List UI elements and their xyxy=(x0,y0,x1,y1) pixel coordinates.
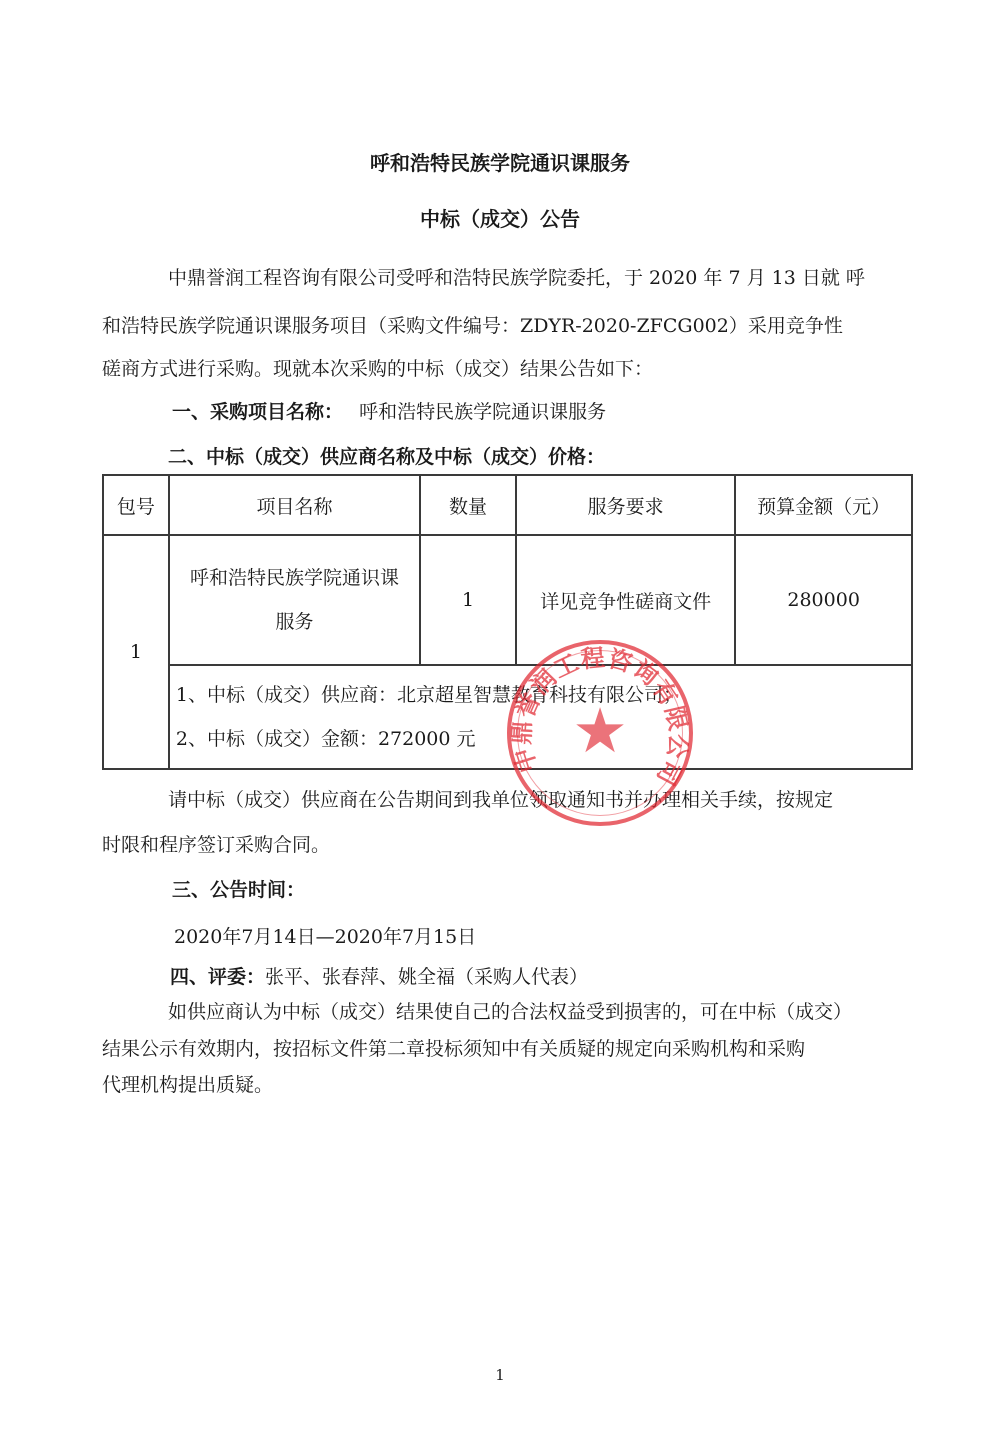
header-service-requirement: 服务要求 xyxy=(516,475,735,535)
award-table: 包号 项目名称 数量 服务要求 预算金额（元） 1 呼和浩特民族学院通识课 服务… xyxy=(102,474,913,770)
project-name-line-2: 服务 xyxy=(170,600,419,644)
header-budget: 预算金额（元） xyxy=(735,475,912,535)
section-4: 四、评委：张平、张春萍、姚全福（采购人代表） xyxy=(170,965,588,989)
document-title: 呼和浩特民族学院通识课服务 xyxy=(0,151,1000,175)
winner-supplier: 1、中标（成交）供应商：北京超星智慧教育科技有限公司； xyxy=(176,673,911,717)
header-quantity: 数量 xyxy=(420,475,516,535)
objection-line-2: 结果公示有效期内，按招标文件第二章投标须知中有关质疑的规定向采购机构和采购 xyxy=(102,1037,805,1061)
section-3-value: 2020年7月14日—2020年7月15日 xyxy=(174,925,476,949)
cell-package-no: 1 xyxy=(103,535,169,769)
header-package-no: 包号 xyxy=(103,475,169,535)
intro-line-2: 和浩特民族学院通识课服务项目（采购文件编号：ZDYR-2020-ZFCG002）… xyxy=(102,314,843,338)
table-header-row: 包号 项目名称 数量 服务要求 预算金额（元） xyxy=(103,475,912,535)
table-row-winner: 1、中标（成交）供应商：北京超星智慧教育科技有限公司； 2、中标（成交）金额：2… xyxy=(103,665,912,769)
section-4-value: 张平、张春萍、姚全福（采购人代表） xyxy=(265,966,588,988)
section-3-label: 三、公告时间： xyxy=(172,878,305,902)
project-name-line-1: 呼和浩特民族学院通识课 xyxy=(170,556,419,600)
page-number: 1 xyxy=(0,1366,1000,1384)
winner-amount: 2、中标（成交）金额：272000 元 xyxy=(176,717,911,761)
document-subtitle: 中标（成交）公告 xyxy=(0,207,1000,231)
notice-line-2: 时限和程序签订采购合同。 xyxy=(102,833,330,857)
section-1-value: 呼和浩特民族学院通识课服务 xyxy=(359,401,606,423)
section-1-label: 一、采购项目名称： xyxy=(172,401,343,423)
cell-quantity: 1 xyxy=(420,535,516,665)
objection-line-1: 如供应商认为中标（成交）结果使自己的合法权益受到损害的，可在中标（成交） xyxy=(168,1000,852,1024)
cell-budget: 280000 xyxy=(735,535,912,665)
table-row: 1 呼和浩特民族学院通识课 服务 1 详见竞争性磋商文件 280000 xyxy=(103,535,912,665)
intro-line-3: 磋商方式进行采购。现就本次采购的中标（成交）结果公告如下： xyxy=(102,357,653,381)
header-project-name: 项目名称 xyxy=(169,475,420,535)
section-1: 一、采购项目名称： 呼和浩特民族学院通识课服务 xyxy=(172,400,606,424)
section-2-label: 二、中标（成交）供应商名称及中标（成交）价格： xyxy=(168,445,605,469)
notice-line-1: 请中标（成交）供应商在公告期间到我单位领取通知书并办理相关手续，按规定 xyxy=(168,788,833,812)
intro-line-1: 中鼎誉润工程咨询有限公司受呼和浩特民族学院委托，于 2020 年 7 月 13 … xyxy=(168,266,865,290)
cell-project-name: 呼和浩特民族学院通识课 服务 xyxy=(169,535,420,665)
section-4-label: 四、评委： xyxy=(170,966,265,988)
cell-service-requirement: 详见竞争性磋商文件 xyxy=(516,535,735,665)
cell-winner-info: 1、中标（成交）供应商：北京超星智慧教育科技有限公司； 2、中标（成交）金额：2… xyxy=(169,665,912,769)
objection-line-3: 代理机构提出质疑。 xyxy=(102,1073,273,1097)
